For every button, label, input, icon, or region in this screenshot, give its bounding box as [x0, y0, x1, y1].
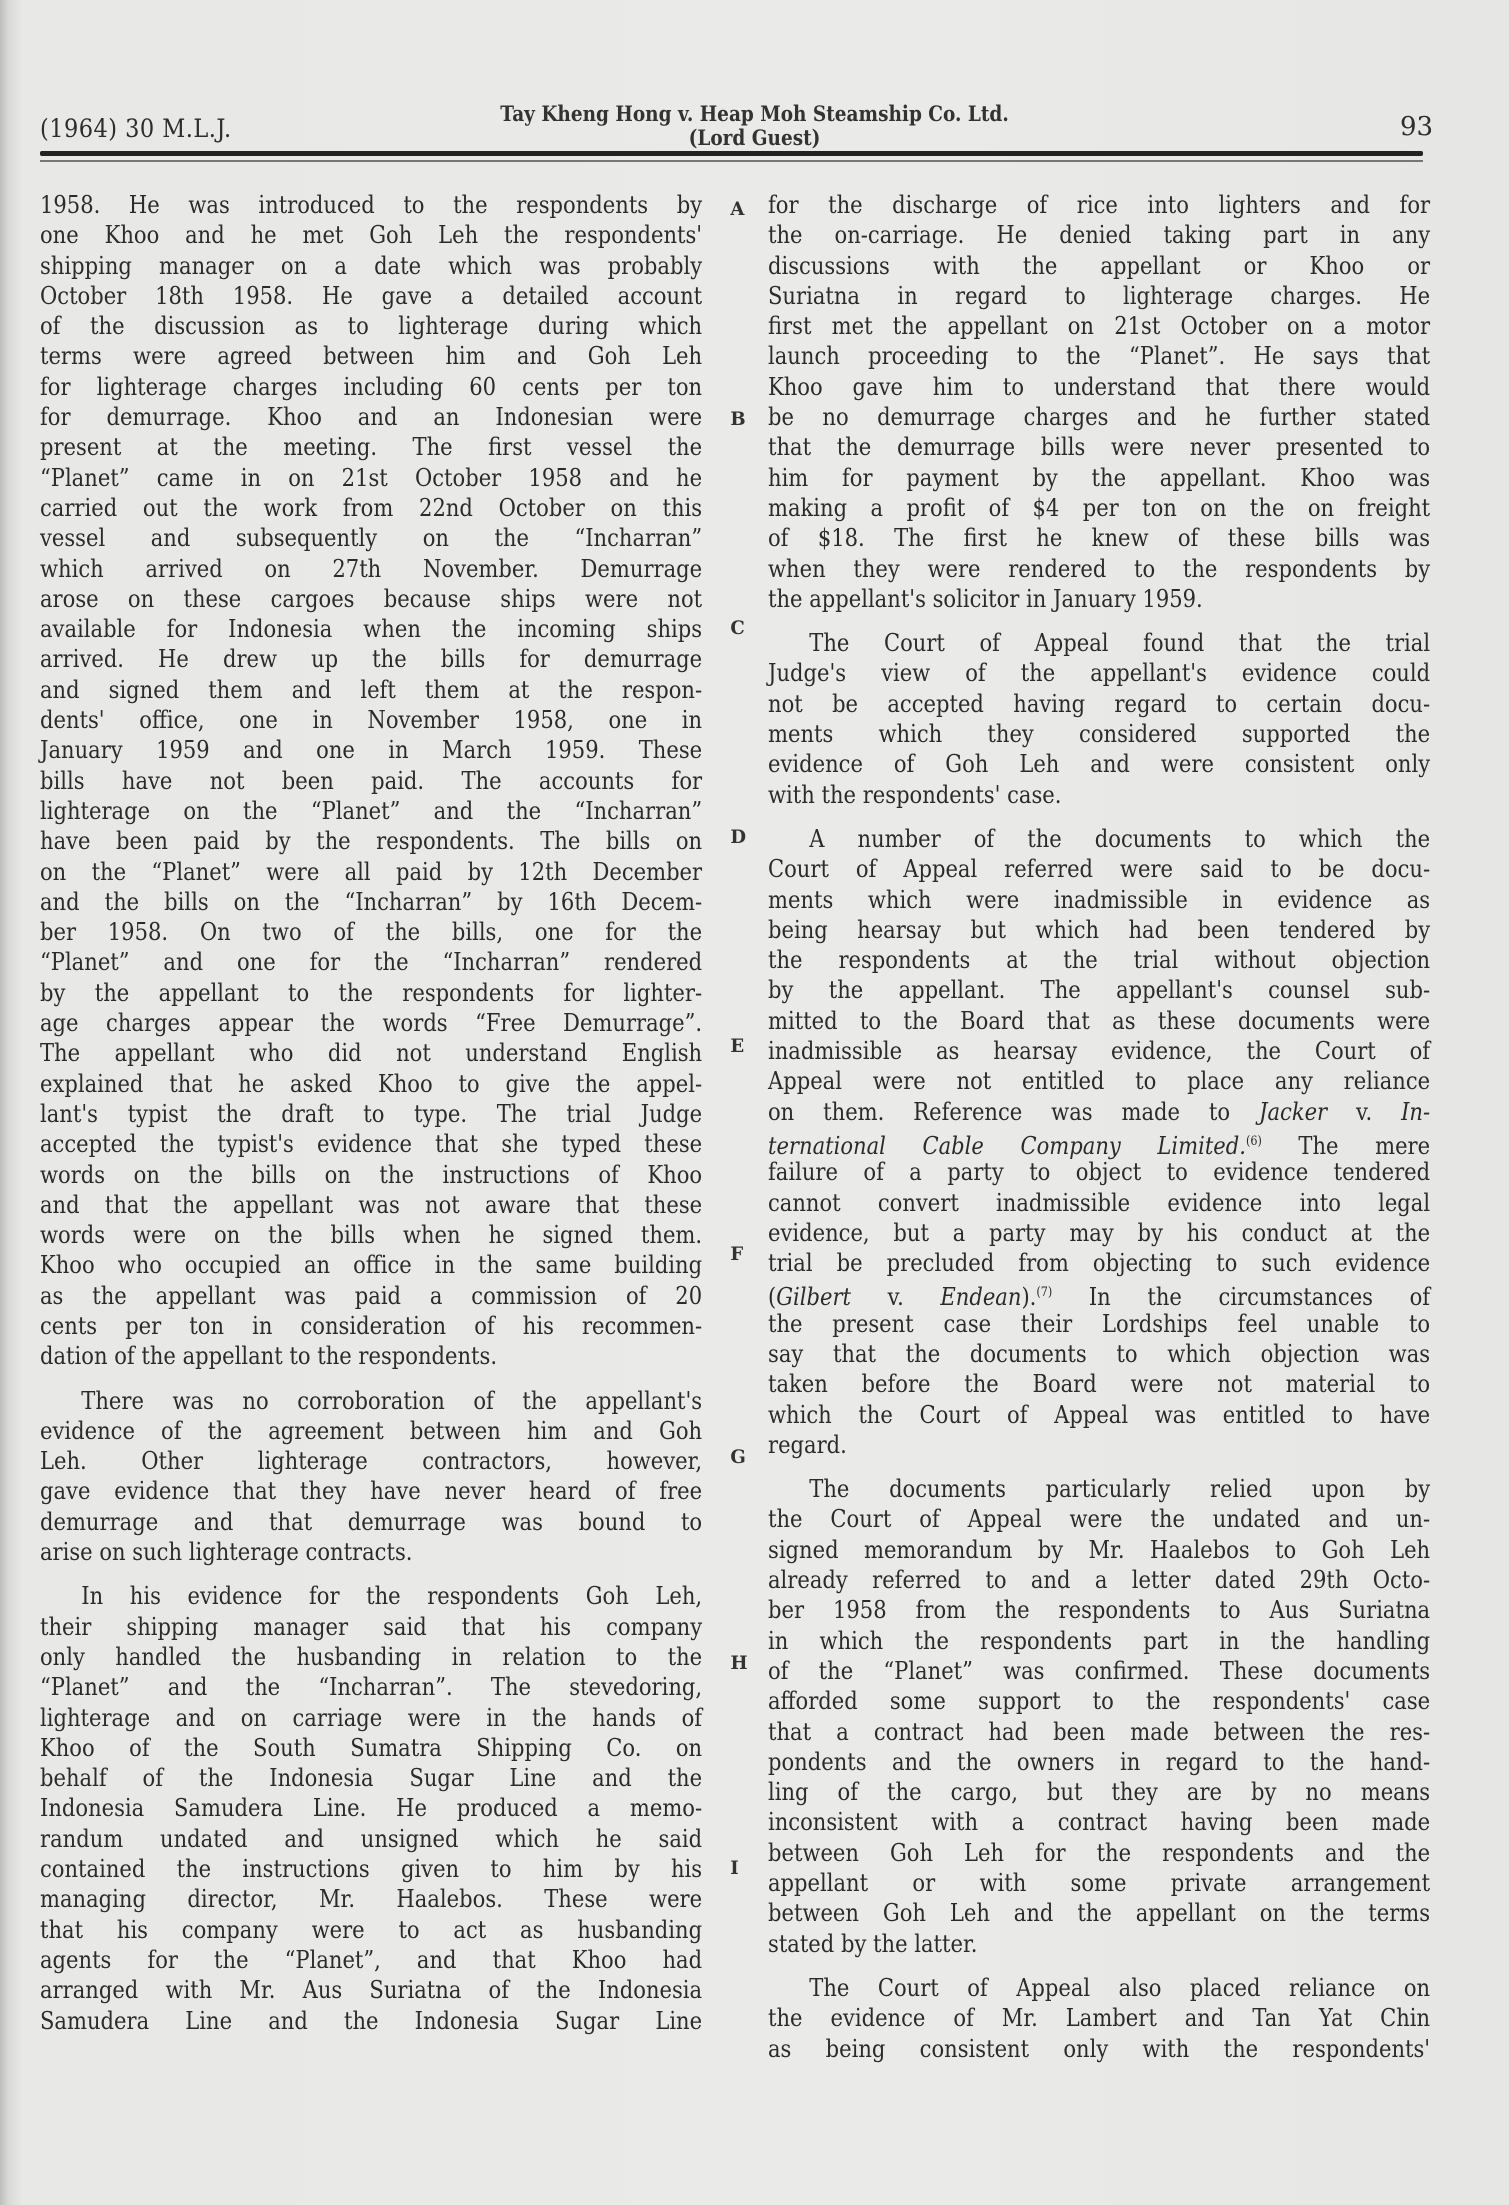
paragraph-line: the Court of Appeal were the undated and… — [768, 1504, 1430, 1534]
paragraph-line: Indonesia Samudera Line. He produced a m… — [40, 1793, 702, 1823]
paragraph-line: ber 1958 from the respondents to Aus Sur… — [768, 1595, 1430, 1625]
paragraph-line: the evidence of Mr. Lambert and Tan Yat … — [768, 2003, 1430, 2033]
paragraph-line: and signed them and left them at the res… — [40, 675, 702, 705]
paragraph-line: Khoo who occupied an office in the same … — [40, 1250, 702, 1280]
running-header: (1964) 30 M.L.J. Tay Kheng Hong v. Heap … — [0, 0, 1509, 160]
paragraph-line: managing director, Mr. Haalebos. These w… — [40, 1884, 702, 1914]
paragraph-line: appellant or with some private arrangeme… — [768, 1868, 1430, 1898]
paragraph-line: as the appellant was paid a commission o… — [40, 1281, 702, 1311]
paragraph-line: Leh. Other lighterage contractors, howev… — [40, 1446, 702, 1476]
paragraph-line: cents per ton in consideration of his re… — [40, 1311, 702, 1341]
paragraph-line: (Gilbert v. Endean).(7) In the circumsta… — [768, 1278, 1430, 1308]
paragraph-line: 1958. He was introduced to the responden… — [40, 190, 702, 220]
paragraph-line: evidence, but a party may by his conduct… — [768, 1218, 1430, 1248]
paragraph-evidence-hearsay: A number of the documents to which theCo… — [768, 824, 1430, 1460]
paragraph-line: with the respondents' case. — [768, 780, 1430, 810]
paragraph-line: evidence of Goh Leh and were consistent … — [768, 749, 1430, 779]
paragraph-line: of the discussion as to lighterage durin… — [40, 311, 702, 341]
paragraph-line: between Goh Leh and the appellant on the… — [768, 1898, 1430, 1928]
paragraph-line: ber 1958. On two of the bills, one for t… — [40, 917, 702, 947]
paragraph: 1958. He was introduced to the responden… — [40, 190, 702, 1372]
paragraph-line: mitted to the Board that as these docume… — [768, 1006, 1430, 1036]
margin-letter-i: I — [730, 1857, 738, 1879]
paragraph-line: Appeal were not entitled to place any re… — [768, 1066, 1430, 1096]
paragraph-line: the appellant's solicitor in January 195… — [768, 584, 1430, 614]
document-page: (1964) 30 M.L.J. Tay Kheng Hong v. Heap … — [0, 0, 1509, 2205]
paragraph-line: that the demurrage bills were never pres… — [768, 432, 1430, 462]
paragraph-line: Court of Appeal referred were said to be… — [768, 854, 1430, 884]
case-title: Tay Kheng Hong v. Heap Moh Steamship Co.… — [91, 102, 1419, 126]
paragraph-line: for lighterage charges including 60 cent… — [40, 372, 702, 402]
paragraph-line: January 1959 and one in March 1959. Thes… — [40, 735, 702, 765]
paragraph-line: present at the meeting. The first vessel… — [40, 432, 702, 462]
paragraph-line: Samudera Line and the Indonesia Sugar Li… — [40, 2006, 702, 2036]
case-name: Gilbert — [776, 1282, 851, 1311]
paragraph-line: Khoo gave him to understand that there w… — [768, 372, 1430, 402]
paragraph-line: and the bills on the “Incharran” by 16th… — [40, 887, 702, 917]
paragraph-line: of the “Planet” was confirmed. These doc… — [768, 1656, 1430, 1686]
margin-letter-h: H — [730, 1652, 747, 1674]
paragraph-line: demurrage and that demurrage was bound t… — [40, 1507, 702, 1537]
paragraph-line: accepted the typist's evidence that she … — [40, 1129, 702, 1159]
paragraph-line: say that the documents to which objectio… — [768, 1339, 1430, 1369]
paragraph-line: There was no corroboration of the appell… — [40, 1386, 702, 1416]
case-name: Jacker — [1259, 1097, 1327, 1126]
margin-letter-a: A — [730, 198, 744, 220]
paragraph-line: for the discharge of rice into lighters … — [768, 190, 1430, 220]
paragraph-line: Khoo of the South Sumatra Shipping Co. o… — [40, 1733, 702, 1763]
paragraph-line: In his evidence for the respondents Goh … — [40, 1581, 702, 1611]
paragraph-line: on them. Reference was made to Jacker v.… — [768, 1097, 1430, 1127]
paragraph-line: lant's typist the draft to type. The tri… — [40, 1099, 702, 1129]
margin-letter-b: B — [730, 408, 745, 430]
case-name: In- — [1401, 1097, 1430, 1126]
paragraph-line: The documents particularly relied upon b… — [768, 1474, 1430, 1504]
paragraph-line: agents for the “Planet”, and that Khoo h… — [40, 1945, 702, 1975]
paragraph-line: making a profit of $4 per ton on the on … — [768, 493, 1430, 523]
paragraph-line: one Khoo and he met Goh Leh the responde… — [40, 220, 702, 250]
paragraph-line: by the appellant to the respondents for … — [40, 978, 702, 1008]
paragraph-line: words on the bills on the instructions o… — [40, 1160, 702, 1190]
paragraph: The documents particularly relied upon b… — [768, 1474, 1430, 1959]
paragraph-line: lighterage on the “Planet” and the “Inch… — [40, 796, 702, 826]
paragraph-line: Suriatna in regard to lighterage charges… — [768, 281, 1430, 311]
paragraph-line: that a contract had been made between th… — [768, 1717, 1430, 1747]
paragraph-line: ments which they considered supported th… — [768, 719, 1430, 749]
margin-letter-e: E — [730, 1035, 744, 1057]
right-column: for the discharge of rice into lighters … — [768, 190, 1430, 2064]
margin-letter-f: F — [730, 1243, 743, 1265]
paragraph-line: discussions with the appellant or Khoo o… — [768, 251, 1430, 281]
paragraph-line: dation of the appellant to the responden… — [40, 1341, 702, 1371]
judge-name: (Lord Guest) — [91, 126, 1419, 150]
paragraph-line: available for Indonesia when the incomin… — [40, 614, 702, 644]
paragraph-line: lighterage and on carriage were in the h… — [40, 1703, 702, 1733]
paragraph-line: evidence of the agreement between him an… — [40, 1416, 702, 1446]
paragraph-line: ments which were inadmissible in evidenc… — [768, 885, 1430, 915]
paragraph-line: when they were rendered to the responden… — [768, 554, 1430, 584]
paragraph-line: The appellant who did not understand Eng… — [40, 1038, 702, 1068]
header-rule-thick — [40, 151, 1423, 156]
paragraph: There was no corroboration of the appell… — [40, 1386, 702, 1568]
paragraph-line: trial be precluded from objecting to suc… — [768, 1248, 1430, 1278]
paragraph-line: afforded some support to the respondents… — [768, 1686, 1430, 1716]
paragraph-line: arise on such lighterage contracts. — [40, 1537, 702, 1567]
paragraph-line: ternational Cable Company Limited.(6) Th… — [768, 1127, 1430, 1157]
paragraph-line: randum undated and unsigned which he sai… — [40, 1824, 702, 1854]
paragraph-line: him for payment by the appellant. Khoo w… — [768, 463, 1430, 493]
paragraph-line: inconsistent with a contract having been… — [768, 1807, 1430, 1837]
paragraph-line: taken before the Board were not material… — [768, 1369, 1430, 1399]
paragraph-line: have been paid by the respondents. The b… — [40, 826, 702, 856]
paragraph-line: bills have not been paid. The accounts f… — [40, 766, 702, 796]
paragraph-line: carried out the work from 22nd October o… — [40, 493, 702, 523]
paragraph-line: the respondents at the trial without obj… — [768, 945, 1430, 975]
paragraph-line: being hearsay but which had been tendere… — [768, 915, 1430, 945]
paragraph-line: terms were agreed between him and Goh Le… — [40, 341, 702, 371]
paragraph-line: arrived. He drew up the bills for demurr… — [40, 644, 702, 674]
paragraph-line: Judge's view of the appellant's evidence… — [768, 658, 1430, 688]
paragraph-line: ling of the cargo, but they are by no me… — [768, 1777, 1430, 1807]
paragraph-line: be no demurrage charges and he further s… — [768, 402, 1430, 432]
margin-letter-c: C — [730, 617, 744, 639]
paragraph-line: gave evidence that they have never heard… — [40, 1476, 702, 1506]
header-rule-thin — [40, 160, 1423, 162]
paragraph-line: by the appellant. The appellant's counse… — [768, 975, 1430, 1005]
paragraph: The Court of Appeal found that the trial… — [768, 628, 1430, 810]
paragraph-line: their shipping manager said that his com… — [40, 1612, 702, 1642]
paragraph-line: October 18th 1958. He gave a detailed ac… — [40, 281, 702, 311]
paragraph-line: age charges appear the words “Free Demur… — [40, 1008, 702, 1038]
footnote-ref: (7) — [1036, 1285, 1052, 1300]
paragraph-line: vessel and subsequently on the “Incharra… — [40, 523, 702, 553]
paragraph-line: the on-carriage. He denied taking part i… — [768, 220, 1430, 250]
paragraph-line: The Court of Appeal found that the trial — [768, 628, 1430, 658]
paragraph: for the discharge of rice into lighters … — [768, 190, 1430, 614]
paragraph-line: launch proceeding to the “Planet”. He sa… — [768, 341, 1430, 371]
paragraph: In his evidence for the respondents Goh … — [40, 1581, 702, 2035]
paragraph-line: only handled the husbanding in relation … — [40, 1642, 702, 1672]
paragraph-line: regard. — [768, 1430, 1430, 1460]
paragraph-line: the present case their Lordships feel un… — [768, 1309, 1430, 1339]
paragraph-line: The Court of Appeal also placed reliance… — [768, 1973, 1430, 2003]
paragraph-line: between Goh Leh for the respondents and … — [768, 1838, 1430, 1868]
paragraph-line: stated by the latter. — [768, 1929, 1430, 1959]
paragraph-line: that his company were to act as husbandi… — [40, 1915, 702, 1945]
page-number: 93 — [1400, 112, 1433, 142]
paragraph-line: already referred to and a letter dated 2… — [768, 1565, 1430, 1595]
paragraph-line: which arrived on 27th November. Demurrag… — [40, 554, 702, 584]
margin-letter-d: D — [730, 826, 746, 848]
paragraph-line: for demurrage. Khoo and an Indonesian we… — [40, 402, 702, 432]
margin-letter-g: G — [730, 1446, 745, 1468]
paragraph-line: signed memorandum by Mr. Haalebos to Goh… — [768, 1535, 1430, 1565]
paragraph-line: inadmissible as hearsay evidence, the Co… — [768, 1036, 1430, 1066]
paragraph-line: shipping manager on a date which was pro… — [40, 251, 702, 281]
paragraph-line: and that the appellant was not aware tha… — [40, 1190, 702, 1220]
paragraph-line: “Planet” and the “Incharran”. The steved… — [40, 1672, 702, 1702]
paragraph-line: not be accepted having regard to certain… — [768, 689, 1430, 719]
case-name: Endean — [940, 1282, 1021, 1311]
case-name: ternational Cable Company Limited. — [768, 1131, 1246, 1160]
paragraph-line: explained that he asked Khoo to give the… — [40, 1069, 702, 1099]
case-heading: Tay Kheng Hong v. Heap Moh Steamship Co.… — [0, 102, 1509, 150]
paragraph-line: words were on the bills when he signed t… — [40, 1220, 702, 1250]
paragraph-line: contained the instructions given to him … — [40, 1854, 702, 1884]
paragraph-line: dents' office, one in November 1958, one… — [40, 705, 702, 735]
paragraph-line: behalf of the Indonesia Sugar Line and t… — [40, 1763, 702, 1793]
paragraph: The Court of Appeal also placed reliance… — [768, 1973, 1430, 2064]
paragraph-line: on the “Planet” were all paid by 12th De… — [40, 857, 702, 887]
paragraph-line: arose on these cargoes because ships wer… — [40, 584, 702, 614]
paragraph-line: which the Court of Appeal was entitled t… — [768, 1400, 1430, 1430]
paragraph-line: cannot convert inadmissible evidence int… — [768, 1188, 1430, 1218]
paragraph-line: failure of a party to object to evidence… — [768, 1157, 1430, 1187]
left-column: 1958. He was introduced to the responden… — [40, 190, 702, 2036]
paragraph-line: “Planet” and one for the “Incharran” ren… — [40, 947, 702, 977]
paragraph-line: pondents and the owners in regard to the… — [768, 1747, 1430, 1777]
paragraph-line: as being consistent only with the respon… — [768, 2034, 1430, 2064]
paragraph-line: first met the appellant on 21st October … — [768, 311, 1430, 341]
paragraph-line: “Planet” came in on 21st October 1958 an… — [40, 463, 702, 493]
paragraph-line: in which the respondents part in the han… — [768, 1626, 1430, 1656]
paragraph-line: A number of the documents to which the — [768, 824, 1430, 854]
paragraph-line: arranged with Mr. Aus Suriatna of the In… — [40, 1975, 702, 2005]
paragraph-line: of $18. The first he knew of these bills… — [768, 523, 1430, 553]
footnote-ref: (6) — [1246, 1134, 1262, 1149]
